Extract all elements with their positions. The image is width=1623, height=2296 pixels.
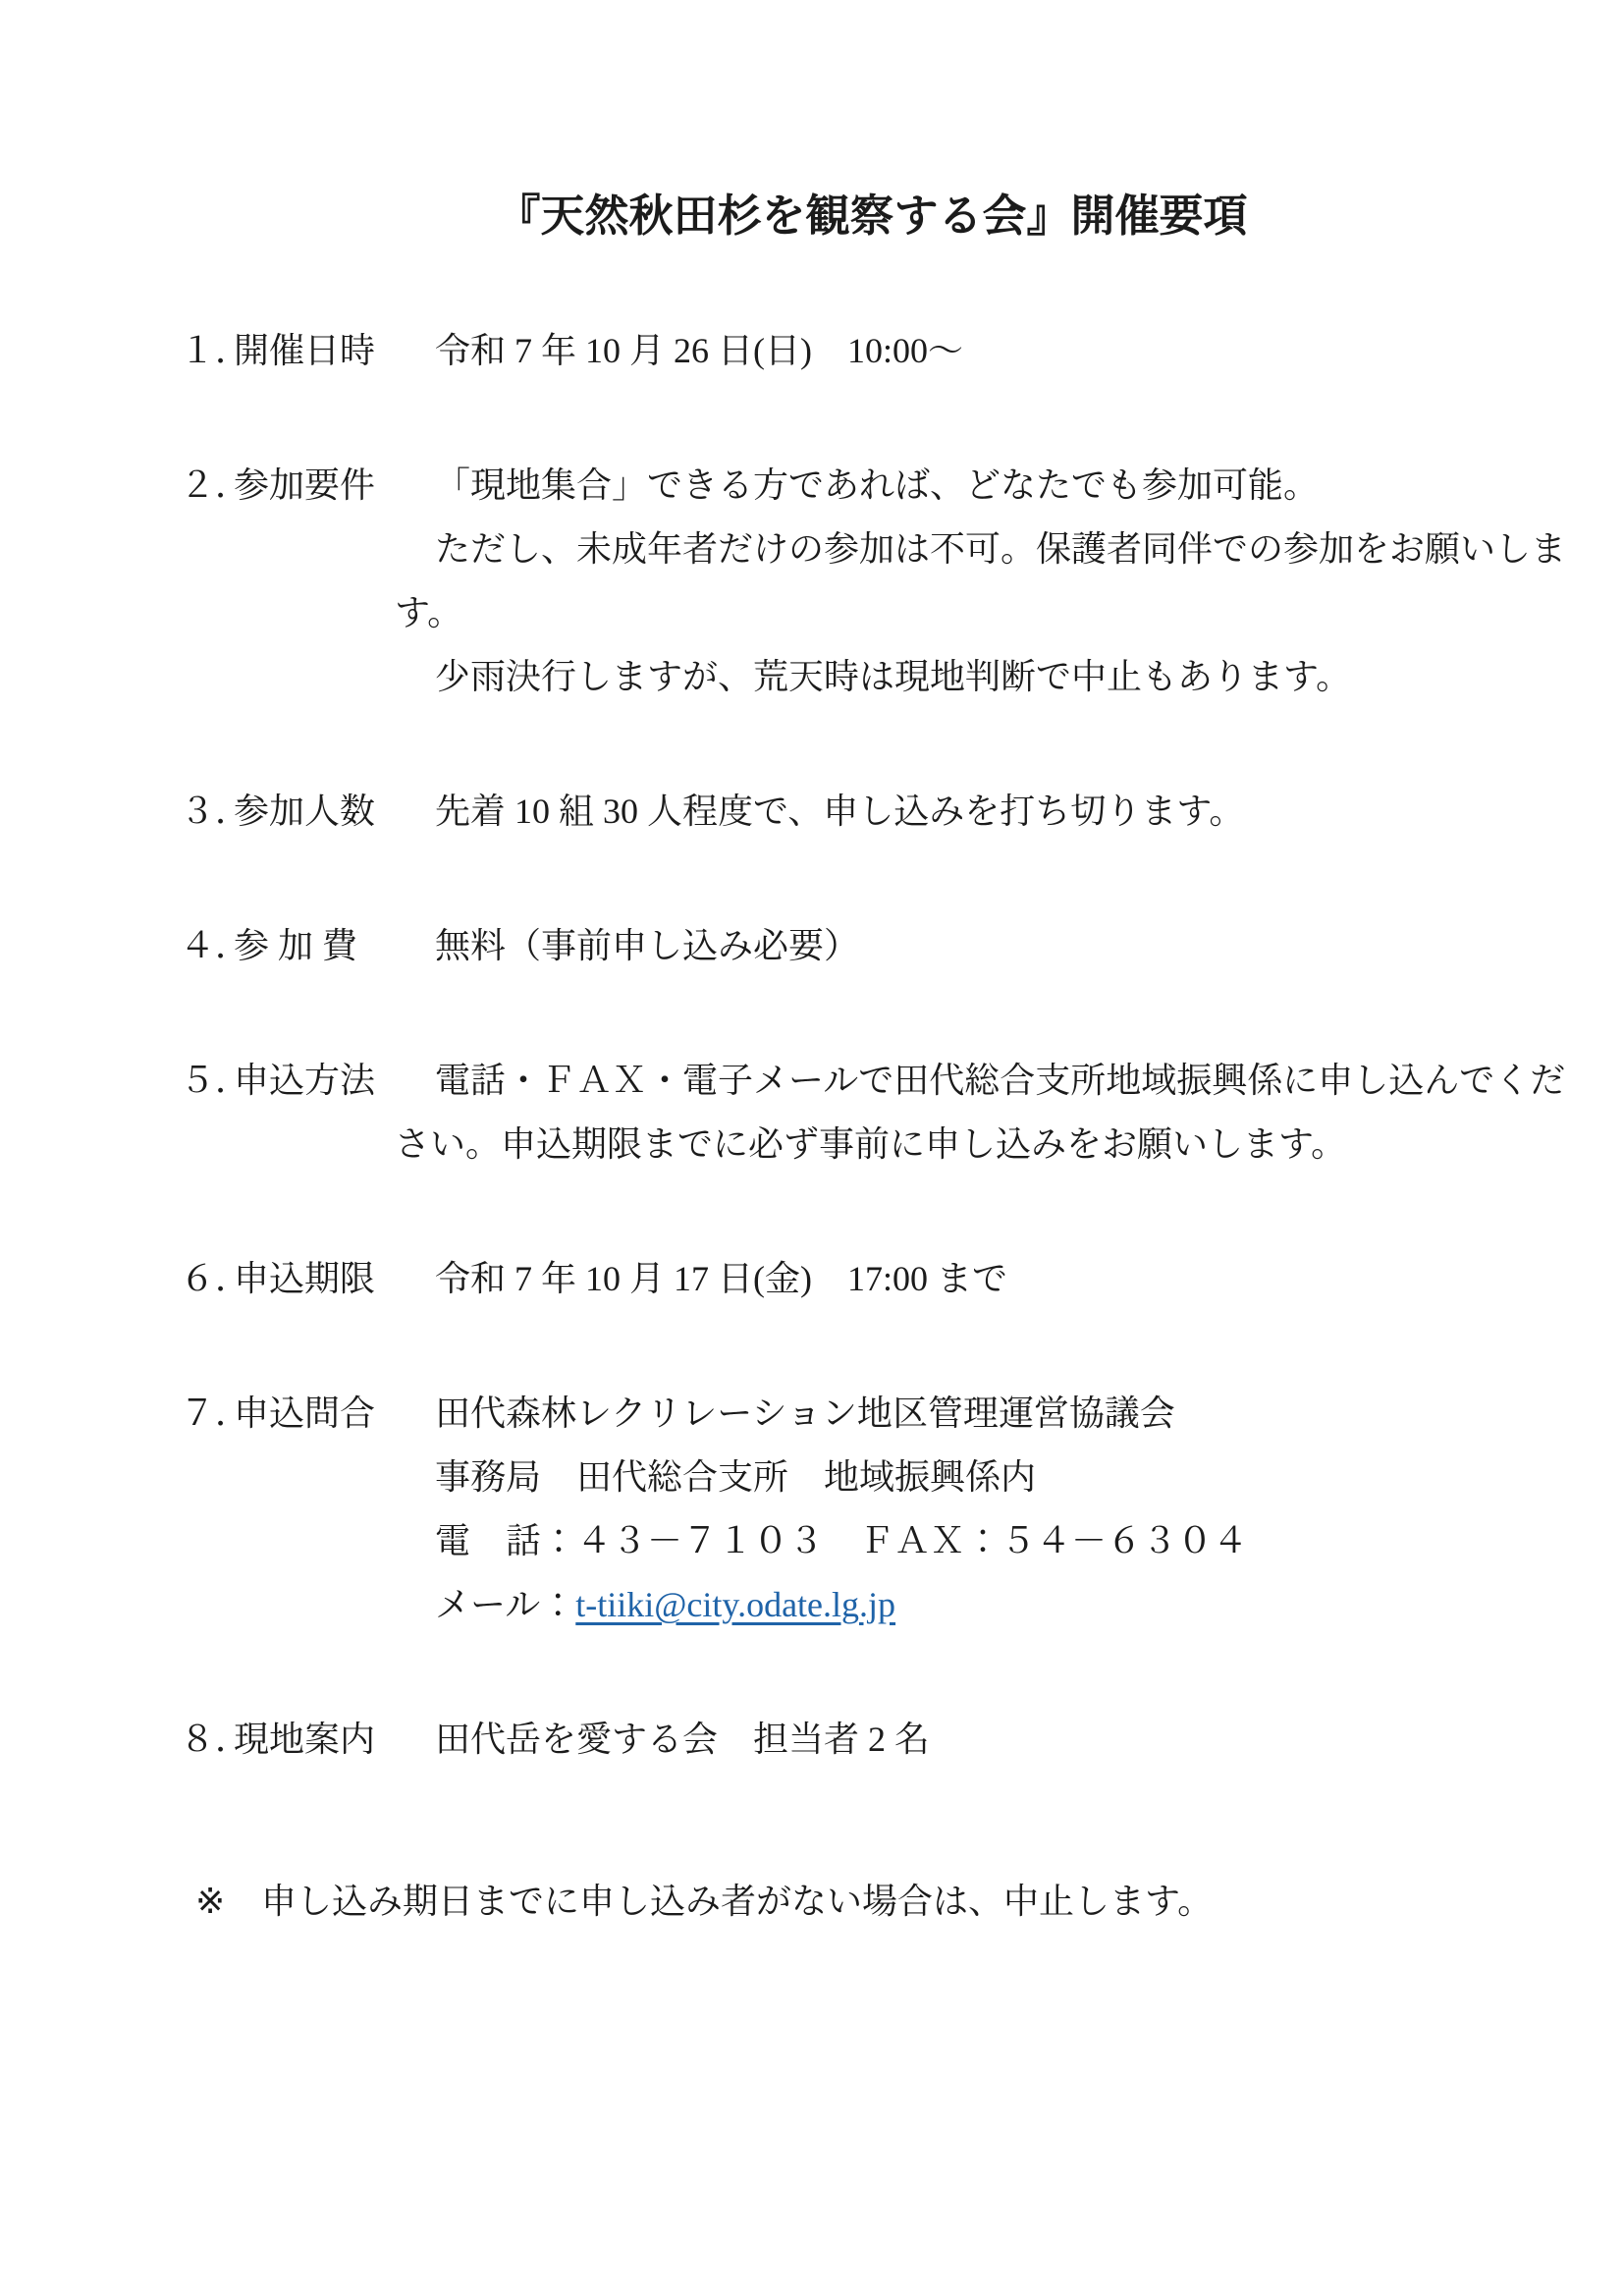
email-label: メール： — [435, 1585, 575, 1624]
item-number: ５． — [180, 1049, 234, 1113]
item-label: 現地案内 — [234, 1708, 435, 1772]
note-text: 申し込み期日までに申し込み者がない場合は、中止します。 — [261, 1882, 1213, 1921]
item-content: 田代森林レクリレーション地区管理運営協議会 — [435, 1394, 1175, 1433]
item-label: 開催日時 — [234, 319, 435, 383]
item-label: 参加人数 — [234, 780, 435, 844]
item-line: ６．申込期限令和 7 年 10 月 17 日(金) 17:00 まで — [180, 1247, 1564, 1311]
document-page: 『天然秋田杉を観察する会』開催要項 １．開催日時令和 7 年 10 月 26 日… — [0, 0, 1623, 2296]
item-continuation-line: 事務局 田代総合支所 地域振興係内 — [435, 1446, 1564, 1509]
item-content: 先着 10 組 30 人程度で、申し込みを打ち切ります。 — [435, 792, 1244, 831]
item-label: 申込期限 — [234, 1247, 435, 1311]
item-continuation-line: さい。申込期限までに必ず事前に申し込みをお願いします。 — [395, 1113, 1564, 1176]
item-line: ２．参加要件「現地集合」できる方であれば、どなたでも参加可能。 — [180, 454, 1564, 518]
item-number: ３． — [180, 780, 234, 844]
item-line: ４．参 加 費無料（事前申し込み必要） — [180, 914, 1564, 978]
note-marker: ※ — [195, 1870, 261, 1934]
page-title: 『天然秋田杉を観察する会』開催要項 — [180, 187, 1564, 246]
item-label: 申込問合 — [234, 1382, 435, 1446]
item-content: 無料（事前申し込み必要） — [435, 926, 859, 965]
phone-fax-line: 電 話：４３－７１０３ ＦＡＸ：５４－６３０４ — [435, 1509, 1564, 1573]
list-item-1-kaisai-nichiji: １．開催日時令和 7 年 10 月 26 日(日) 10:00～ — [180, 319, 1564, 383]
item-label: 申込方法 — [234, 1049, 435, 1113]
item-content: 「現地集合」できる方であれば、どなたでも参加可能。 — [435, 465, 1319, 505]
item-continuation-line: 少雨決行しますが、荒天時は現地判断で中止もあります。 — [435, 645, 1564, 709]
email-line: メール：t-tiiki@city.odate.lg.jp — [435, 1573, 1564, 1637]
list-item-5-moshikomi-hoho: ５．申込方法電話・ＦＡＸ・電子メールで田代総合支所地域振興係に申し込んでくだ さ… — [180, 1049, 1564, 1176]
item-number: ４． — [180, 914, 234, 978]
item-line: ３．参加人数先着 10 組 30 人程度で、申し込みを打ち切ります。 — [180, 780, 1564, 844]
item-number: ８． — [180, 1708, 234, 1772]
list-item-4-sankahi: ４．参 加 費無料（事前申し込み必要） — [180, 914, 1564, 978]
item-content: 電話・ＦＡＸ・電子メールで田代総合支所地域振興係に申し込んでくだ — [435, 1061, 1565, 1100]
list-item-6-moshikomi-kigen: ６．申込期限令和 7 年 10 月 17 日(金) 17:00 まで — [180, 1247, 1564, 1311]
item-line: ５．申込方法電話・ＦＡＸ・電子メールで田代総合支所地域振興係に申し込んでくだ — [180, 1049, 1564, 1113]
list-item-7-moshikomi-toiawase: ７．申込問合田代森林レクリレーション地区管理運営協議会 事務局 田代総合支所 地… — [180, 1382, 1564, 1637]
list-item-2-sanka-yoken: ２．参加要件「現地集合」できる方であれば、どなたでも参加可能。 ただし、未成年者… — [180, 454, 1564, 709]
item-line: ８．現地案内田代岳を愛する会 担当者 2 名 — [180, 1708, 1564, 1772]
item-number: １． — [180, 319, 234, 383]
item-content: 令和 7 年 10 月 17 日(金) 17:00 まで — [435, 1259, 1007, 1298]
item-label: 参加要件 — [234, 454, 435, 518]
item-continuation-line: す。 — [395, 581, 1564, 645]
item-number: ７． — [180, 1382, 234, 1446]
item-content: 田代岳を愛する会 担当者 2 名 — [435, 1720, 930, 1759]
list-item-3-sanka-ninzu: ３．参加人数先着 10 組 30 人程度で、申し込みを打ち切ります。 — [180, 780, 1564, 844]
item-line: ７．申込問合田代森林レクリレーション地区管理運営協議会 — [180, 1382, 1564, 1446]
item-label: 参 加 費 — [234, 914, 435, 978]
email-link[interactable]: t-tiiki@city.odate.lg.jp — [575, 1585, 895, 1624]
item-content: 令和 7 年 10 月 26 日(日) 10:00～ — [435, 331, 963, 370]
item-line: １．開催日時令和 7 年 10 月 26 日(日) 10:00～ — [180, 319, 1564, 383]
list-item-8-genchi-annai: ８．現地案内田代岳を愛する会 担当者 2 名 — [180, 1708, 1564, 1772]
item-number: ２． — [180, 454, 234, 518]
item-number: ６． — [180, 1247, 234, 1311]
item-continuation-line: ただし、未成年者だけの参加は不可。保護者同伴での参加をお願いしま — [435, 518, 1564, 581]
note: ※申し込み期日までに申し込み者がない場合は、中止します。 — [195, 1870, 1564, 1934]
